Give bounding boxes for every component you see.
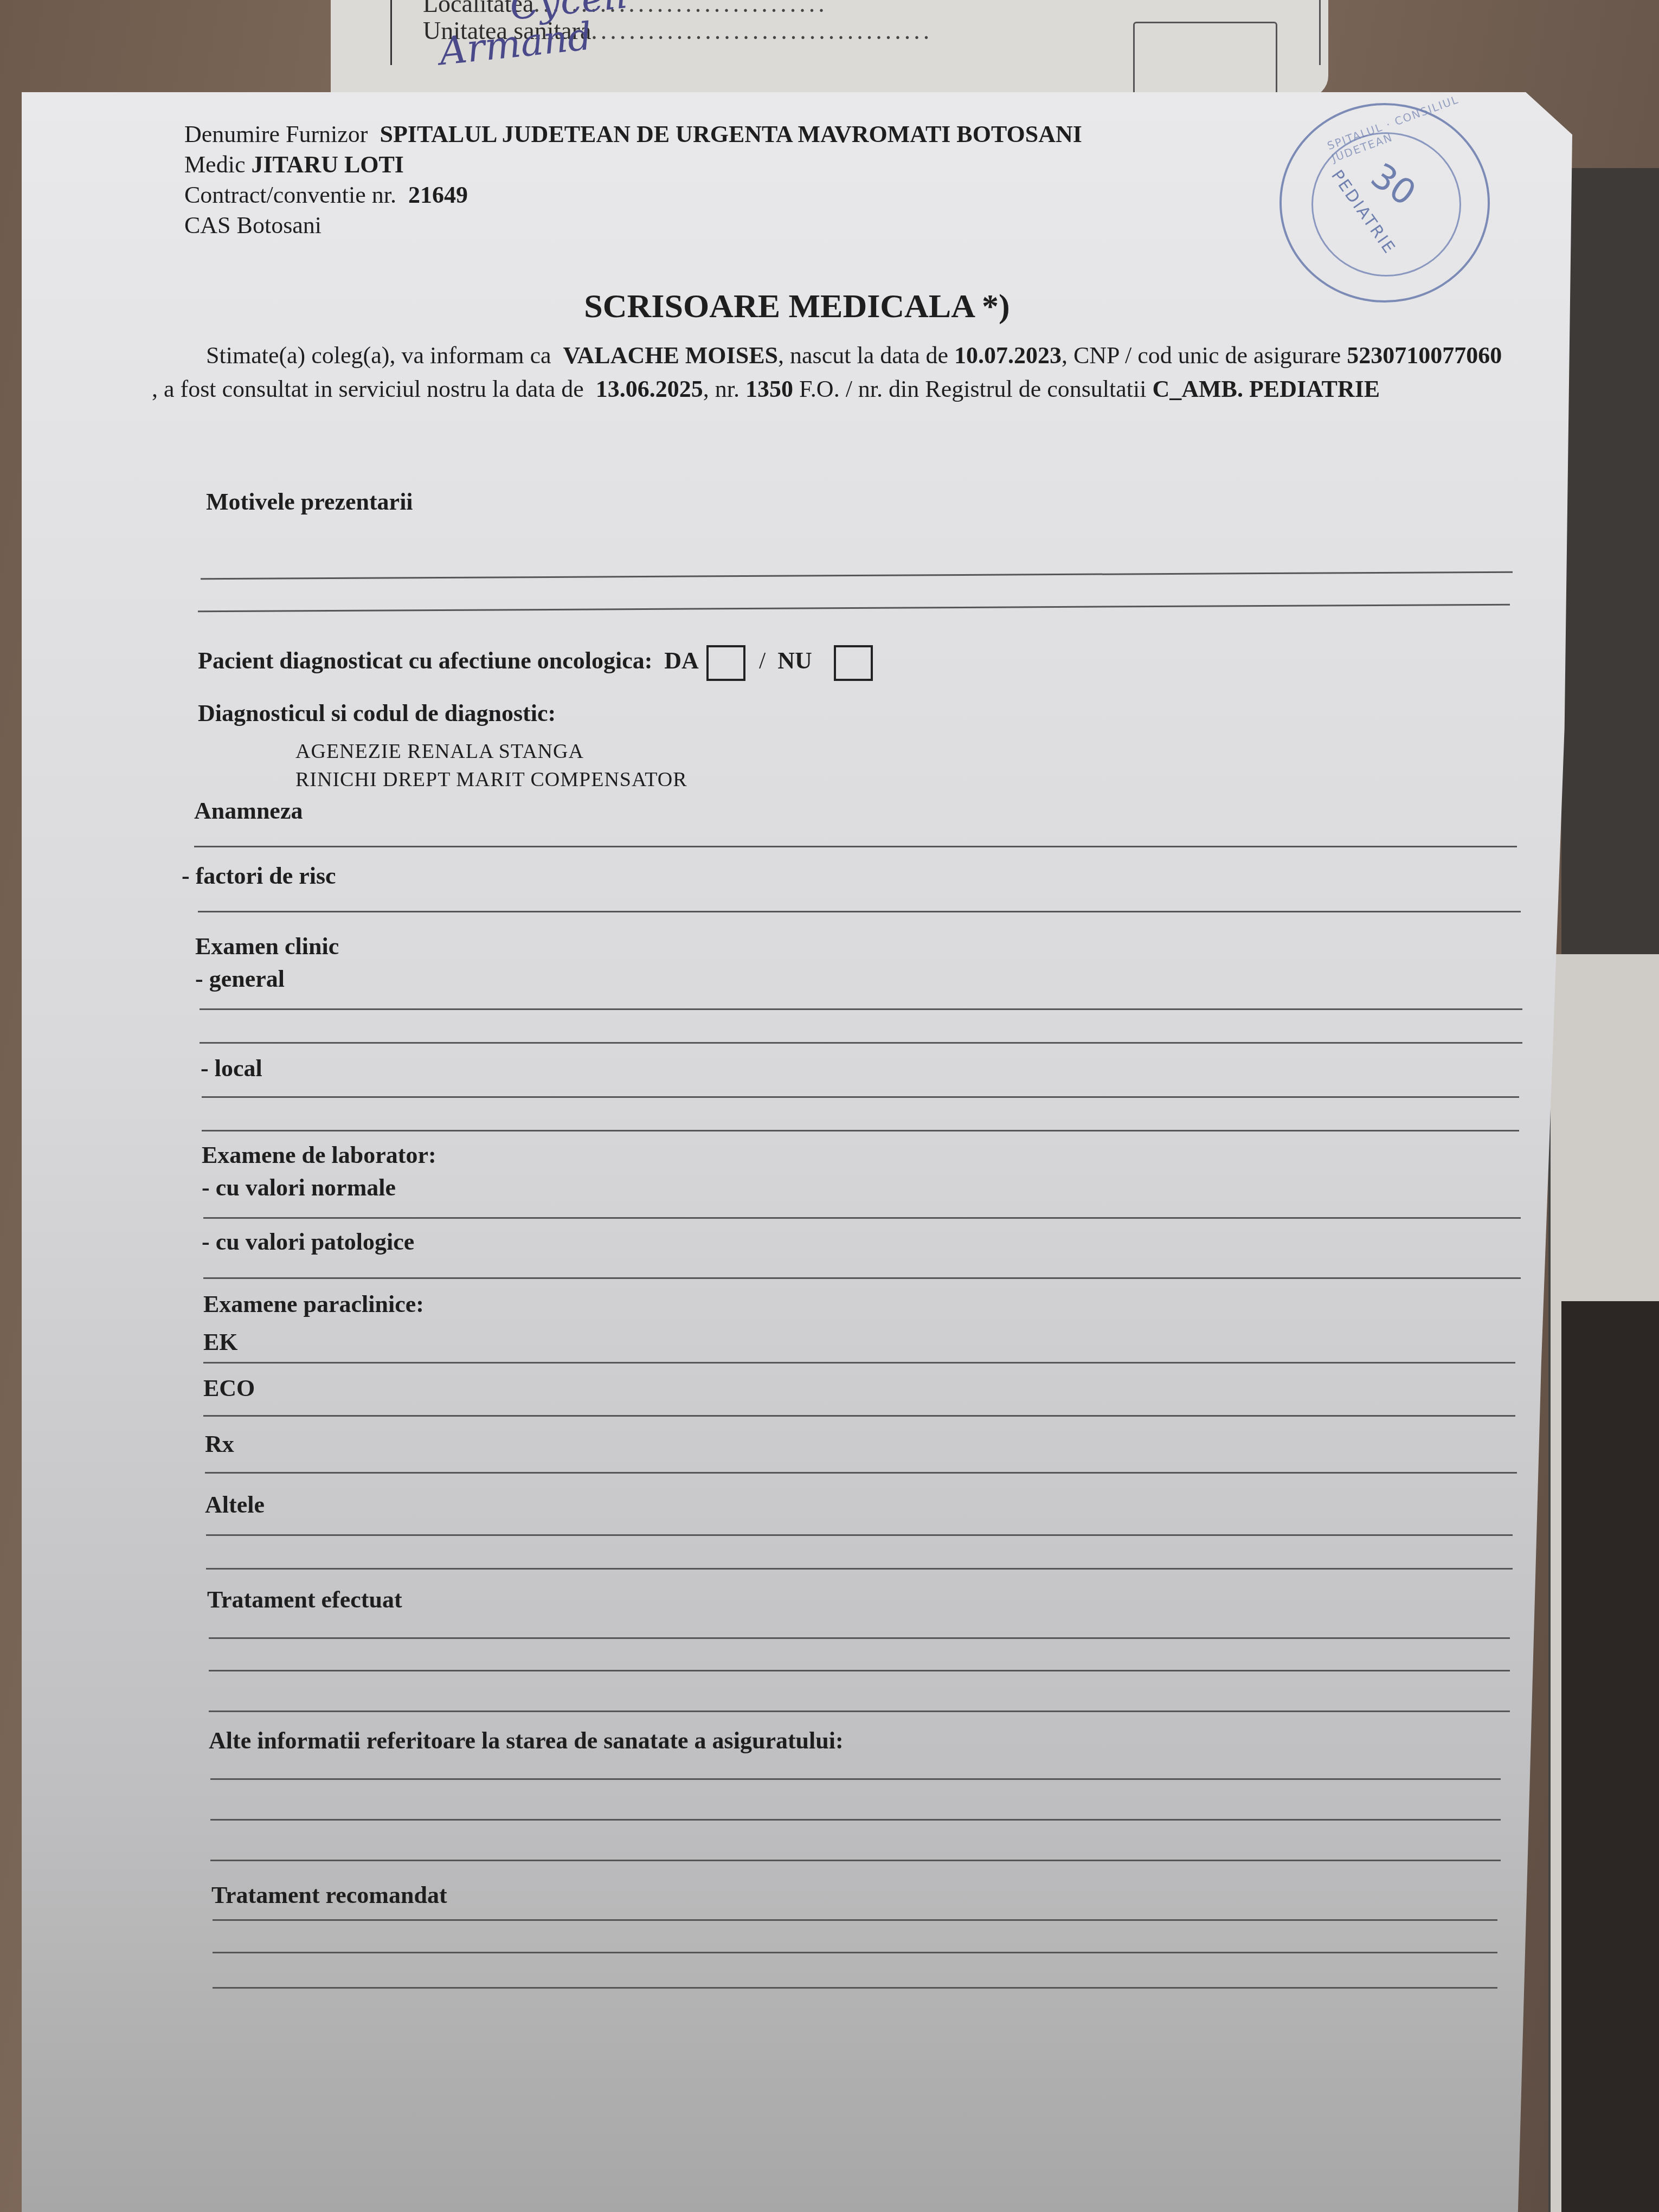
tratament-recomandat-line-3[interactable]	[213, 1987, 1497, 1989]
anamneza-label: Anamneza	[194, 797, 303, 825]
tratament-efectuat-line-2[interactable]	[209, 1670, 1510, 1671]
alte-informatii-line-1[interactable]	[210, 1778, 1501, 1780]
tratament-recomandat-line-1[interactable]	[213, 1919, 1497, 1921]
background-shadow	[1561, 1301, 1659, 2212]
oncologic-yes-label: DA	[664, 647, 699, 674]
provider-line: Denumire Furnizor SPITALUL JUDETEAN DE U…	[184, 119, 1082, 150]
intro-text: Stimate(a) coleg(a), va informam ca	[206, 342, 551, 369]
oncologic-yes-checkbox[interactable]	[706, 645, 745, 681]
register-name: C_AMB. PEDIATRIE	[1152, 376, 1380, 402]
oncologic-no-checkbox[interactable]	[834, 645, 873, 681]
alte-informatii-line-2[interactable]	[210, 1819, 1501, 1821]
form-box	[1133, 22, 1277, 101]
contract-label: Contract/conventie nr.	[184, 182, 396, 208]
cas-line: CAS Botosani	[184, 210, 1082, 241]
document-title: SCRISOARE MEDICALA *)	[22, 287, 1572, 326]
rx-label: Rx	[205, 1430, 234, 1458]
birth-date: 10.07.2023	[954, 342, 1062, 369]
tratament-efectuat-label: Tratament efectuat	[207, 1586, 402, 1613]
paraclinice-label: Examene paraclinice:	[203, 1290, 424, 1318]
ek-label: EK	[203, 1328, 238, 1356]
diagnosis-item: RINICHI DREPT MARIT COMPENSATOR	[295, 766, 687, 794]
eco-line[interactable]	[203, 1415, 1515, 1417]
consult-date: 13.06.2025	[596, 376, 703, 402]
doctor-line: Medic JITARU LOTI	[184, 150, 1082, 180]
doctor-name: JITARU LOTI	[251, 151, 404, 178]
general-line-2[interactable]	[200, 1042, 1522, 1044]
motive-label: Motivele prezentarii	[206, 488, 413, 516]
tratament-efectuat-line-3[interactable]	[209, 1711, 1510, 1712]
tratament-recomandat-line-2[interactable]	[213, 1952, 1497, 1953]
provider-label: Denumire Furnizor	[184, 121, 368, 147]
contract-line: Contract/conventie nr. 21649	[184, 180, 1082, 210]
contract-number: 21649	[408, 182, 468, 208]
valori-patologice-line[interactable]	[203, 1277, 1521, 1279]
background-form-sheet: Localitatea.............................…	[331, 0, 1328, 98]
alte-informatii-label: Alte informatii referitoare la starea de…	[209, 1727, 844, 1754]
intro-paragraph: Stimate(a) coleg(a), va informam ca VALA…	[152, 339, 1507, 406]
altele-line-2[interactable]	[206, 1568, 1513, 1570]
diagnosis-list: AGENEZIE RENALA STANGA RINICHI DREPT MAR…	[295, 737, 687, 794]
pediatrie-stamp: SPITALUL · CONSILIUL JUDETEAN 30 PEDIATR…	[1279, 103, 1490, 303]
altele-label: Altele	[205, 1491, 265, 1519]
ek-line[interactable]	[203, 1362, 1515, 1364]
oncologic-no-label: NU	[777, 647, 812, 674]
oncologic-separator: /	[759, 647, 766, 674]
altele-line-1[interactable]	[206, 1534, 1513, 1536]
local-line-2[interactable]	[202, 1130, 1519, 1131]
valori-normale-label: - cu valori normale	[202, 1174, 396, 1201]
intro-text: , nr.	[703, 376, 740, 402]
intro-text: , nascut la data de	[778, 342, 948, 369]
alte-informatii-line-3[interactable]	[210, 1860, 1501, 1861]
anamneza-line[interactable]	[194, 846, 1517, 847]
general-line-1[interactable]	[200, 1008, 1522, 1010]
intro-text: F.O. / nr. din Registrul de consultatii	[799, 376, 1147, 402]
cnp-value: 5230710077060	[1347, 342, 1502, 369]
factori-risc-line[interactable]	[198, 911, 1521, 912]
valori-patologice-label: - cu valori patologice	[202, 1228, 414, 1256]
eco-label: ECO	[203, 1374, 255, 1402]
oncologic-row: Pacient diagnosticat cu afectiune oncolo…	[198, 645, 880, 681]
tratament-recomandat-label: Tratament recomandat	[211, 1881, 447, 1909]
patient-name: VALACHE MOISES	[563, 342, 778, 369]
fo-number: 1350	[745, 376, 793, 402]
local-label: - local	[201, 1054, 262, 1082]
diagnostic-label: Diagnosticul si codul de diagnostic:	[198, 699, 556, 727]
laborator-label: Examene de laborator:	[202, 1141, 436, 1169]
diagnosis-item: AGENEZIE RENALA STANGA	[295, 737, 687, 766]
factori-risc-label: - factori de risc	[182, 862, 336, 890]
intro-text: , CNP / cod unic de asigurare	[1062, 342, 1341, 369]
motive-line-1[interactable]	[201, 571, 1513, 580]
rx-line[interactable]	[205, 1472, 1517, 1474]
motive-line-2[interactable]	[198, 604, 1510, 613]
general-label: - general	[195, 965, 285, 993]
intro-text: , a fost consultat in serviciul nostru l…	[152, 376, 584, 402]
provider-header: Denumire Furnizor SPITALUL JUDETEAN DE U…	[184, 119, 1082, 241]
doctor-label: Medic	[184, 151, 245, 178]
provider-name: SPITALUL JUDETEAN DE URGENTA MAVROMATI B…	[380, 121, 1082, 147]
tratament-efectuat-line-1[interactable]	[209, 1637, 1510, 1639]
valori-normale-line[interactable]	[203, 1217, 1521, 1219]
medical-letter-page: Denumire Furnizor SPITALUL JUDETEAN DE U…	[22, 92, 1572, 2212]
oncologic-label: Pacient diagnosticat cu afectiune oncolo…	[198, 647, 652, 674]
examen-clinic-label: Examen clinic	[195, 933, 339, 960]
local-line-1[interactable]	[202, 1096, 1519, 1098]
